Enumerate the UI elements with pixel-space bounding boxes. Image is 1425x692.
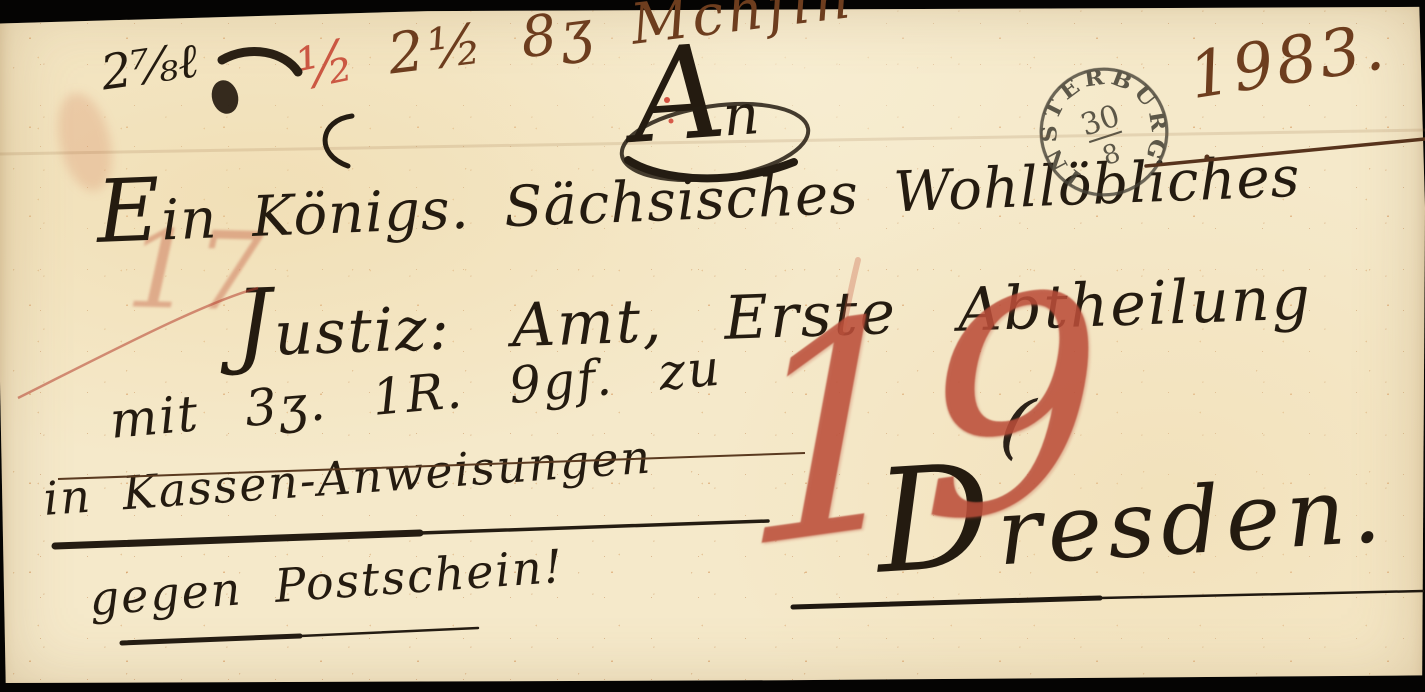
postmark-month: 8 (1099, 138, 1124, 172)
postmark-day: 30 (1077, 98, 1125, 143)
red-half-note: ½ (292, 30, 359, 98)
scanned-cover: 17 2⅞ℓ ½ 2½ 8ʒ Mchfin An 1983. Ein König… (0, 0, 1425, 692)
salutation-an: An (628, 25, 762, 162)
crayon-rate-19: 19 (742, 251, 1102, 590)
weight-note: 2⅞ℓ (98, 36, 201, 97)
